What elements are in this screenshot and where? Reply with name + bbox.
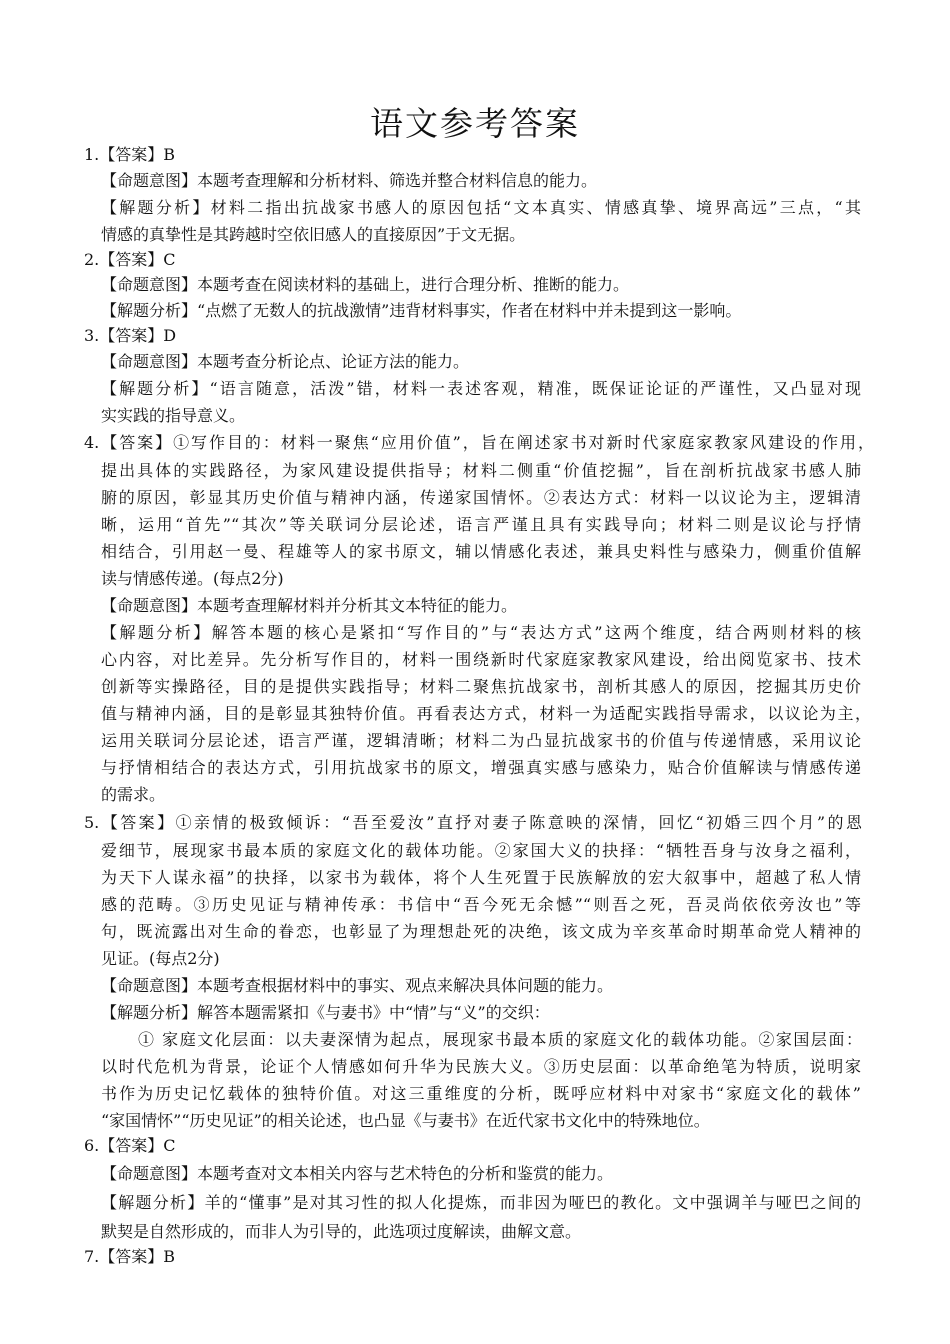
answer-line: 1.【答案】B [84, 144, 175, 166]
analysis-line: 【解题分析】“语言随意，活泼”错，材料一表述客观，精准，既保证论证的严谨性，又凸… [101, 378, 861, 400]
analysis-line: 【解题分析】解答本题的核心是紧扣“写作目的”与“表达方式”这两个维度，结合两则材… [101, 622, 861, 644]
answer-line: 7.【答案】B [84, 1246, 175, 1268]
intent-line: 【命题意图】本题考查根据材料中的事实、观点来解决具体问题的能力。 [101, 975, 613, 997]
answer-line: 4.【答案】①写作目的：材料一聚焦“应用价值”，旨在阐述家书对新时代家庭家教家风… [84, 432, 874, 454]
analysis-line: 【解题分析】材料二指出抗战家书感人的原因包括“文本真实、情感真挚、境界高远”三点… [101, 197, 861, 219]
analysis-line: 情感的真挚性是其跨越时空依旧感人的直接原因”于文无据。 [101, 224, 525, 246]
answer-line: 晰，运用“首先”“其次”等关联词分层论述，语言严谨且具有实践导向；材料二则是议论… [101, 514, 861, 536]
analysis-line: 【解题分析】“点燃了无数人的抗战激情”违背材料事实，作者在材料中并未提到这一影响… [101, 300, 741, 322]
analysis-line: 默契是自然形成的，而非人为引导的，此选项过度解读，曲解文意。 [101, 1221, 581, 1243]
analysis-line: 的需求。 [101, 784, 165, 806]
answer-line: 爱细节，展现家书最本质的家庭文化的载体功能。②家国大义的抉择：“牺牲吾身与汝身之… [101, 840, 861, 862]
answer-line: 6.【答案】C [84, 1135, 176, 1157]
answer-line: 5.【答案】①亲情的极致倾诉：“吾至爱汝”直抒对妻子陈意映的深情，回忆“初婚三四… [84, 812, 862, 834]
analysis-line: 与抒情相结合的表达方式，引用抗战家书的原文，增强真实感与感染力，贴合价值解读与情… [101, 757, 861, 779]
intent-line: 【命题意图】本题考查理解材料并分析其文本特征的能力。 [101, 595, 517, 617]
intent-line: 【命题意图】本题考查分析论点、论证方法的能力。 [101, 351, 469, 373]
analysis-line: 以时代危机为背景，论证个人情感如何升华为民族大义。③历史层面：以革命绝笔为特质，… [101, 1056, 861, 1078]
intent-line: 【命题意图】本题考查对文本相关内容与艺术特色的分析和鉴赏的能力。 [101, 1163, 613, 1185]
analysis-line: 心内容，对比差异。先分析写作目的，材料一围绕新时代家庭家教家风建设，给出阅览家书… [101, 649, 861, 671]
analysis-line: 【解题分析】解答本题需紧扣《与妻书》中“情”与“义”的交织： [101, 1002, 550, 1024]
intent-line: 【命题意图】本题考查理解和分析材料、筛选并整合材料信息的能力。 [101, 170, 597, 192]
answer-line: 腑的原因，彰显其历史价值与精神内涵，传递家国情怀。②表达方式：材料一以议论为主，… [101, 487, 861, 509]
analysis-line: ① 家庭文化层面：以夫妻深情为起点，展现家书最本质的家庭文化的载体功能。②家国层… [138, 1029, 862, 1051]
analysis-line: 实实践的指导意义。 [101, 405, 245, 427]
analysis-line: 创新等实操路径，目的是提供实践指导；材料二聚焦抗战家书，剖析其感人的原因，挖掘其… [101, 676, 861, 698]
analysis-line: 值与精神内涵，目的是彰显其独特价值。再看表达方式，材料一为适配实践指导需求，以议… [101, 703, 871, 725]
answer-line: 提出具体的实践路径，为家风建设提供指导；材料二侧重“价值挖掘”，旨在剖析抗战家书… [101, 460, 861, 482]
answer-line: 感的范畴。③历史见证与精神传承：书信中“吾今死无余憾”“则吾之死，吾灵尚依依旁汝… [101, 894, 861, 916]
answer-line: 2.【答案】C [84, 249, 176, 271]
analysis-line: 运用关联词分层论述，语言严谨，逻辑清晰；材料二为凸显抗战家书的价值与传递情感，采… [101, 730, 861, 752]
analysis-line: 书作为历史记忆载体的独特价值。对这三重维度的分析，既呼应材料中对家书“家庭文化的… [101, 1083, 861, 1105]
answer-line: 3.【答案】D [84, 325, 176, 347]
analysis-line: 【解题分析】羊的“懂事”是对其习性的拟人化提炼，而非因为哑巴的教化。文中强调羊与… [101, 1192, 861, 1214]
answer-line: 句，既流露出对生命的眷恋，也彰显了为理想赴死的决绝，该文成为辛亥革命时期革命党人… [101, 921, 861, 943]
answer-line: 读与情感传递。(每点2分) [101, 568, 284, 590]
intent-line: 【命题意图】本题考查在阅读材料的基础上，进行合理分析、推断的能力。 [101, 274, 629, 296]
answer-line: 见证。(每点2分) [101, 948, 220, 970]
answer-line: 为天下人谋永福”的抉择，以家书为载体，将个人生死置于民族解放的宏大叙事中，超越了… [101, 867, 861, 889]
analysis-line: “家国情怀”“历史见证”的相关论述，也凸显《与妻书》在近代家书文化中的特殊地位。 [101, 1110, 710, 1132]
page-title: 语文参考答案 [0, 102, 950, 146]
answer-line: 相结合，引用赵一曼、程雄等人的家书原文，辅以情感化表述，兼具史料性与感染力，侧重… [101, 541, 861, 563]
